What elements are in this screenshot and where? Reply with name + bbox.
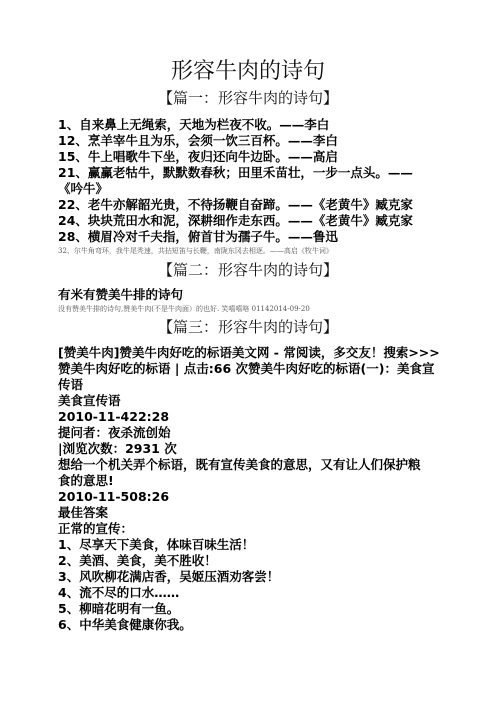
poem-line: 1、自来鼻上无绳索，天地为栏夜不收。——李白 [58, 117, 458, 133]
poem-line: 22、老牛亦解韶光贵，不待扬鞭自奋蹄。——《老黄牛》臧克家 [58, 197, 458, 213]
best-answer-label: 最佳答案 [58, 505, 458, 521]
document-title: 形容牛肉的诗句 [0, 58, 496, 86]
poem-line: 21、赢赢老牯牛，默默数春秋；田里禾苗壮，一步一点头。—— [58, 165, 458, 181]
article-line: 美食宣传语 [58, 393, 458, 409]
slogan-item: 4、流不尽的口水…… [58, 585, 458, 601]
section-2-header: 【篇二：形容牛肉的诗句】 [0, 261, 496, 279]
section-2-body: 有米有赞美牛排的诗句 没有赞美牛排的诗句,赞美牛肉(不是牛肉面）的也好. 笑嘻嘻… [58, 287, 458, 316]
view-count: |浏览次数：2931 次 [58, 441, 458, 457]
section-1-body: 1、自来鼻上无绳索，天地为栏夜不收。——李白 12、烹羊宰牛且为乐，会须一饮三百… [58, 117, 458, 258]
article-line: 传语 [58, 377, 458, 393]
question-title: 有米有赞美牛排的诗句 [58, 287, 458, 303]
slogan-item: 1、尽享天下美食，体味百味生活！ [58, 537, 458, 553]
poem-line: 15、牛上唱歌牛下坐，夜归还向牛边卧。——高启 [58, 149, 458, 165]
slogan-item: 6、中华美食健康你我。 [58, 617, 458, 633]
question-detail: 没有赞美牛排的诗句,赞美牛肉(不是牛肉面）的也好. 笑嘻嘻咯 01142014-… [58, 303, 458, 316]
slogan-item: 2、美酒、美食，美不胜收！ [58, 553, 458, 569]
slogan-item: 5、柳暗花明有一鱼。 [58, 601, 458, 617]
poem-line: 12、烹羊宰牛且为乐，会须一饮三百杯。——李白 [58, 133, 458, 149]
article-line: [赞美牛肉]赞美牛肉好吃的标语美文网 - 常阅读，多交友！搜索>>> [58, 345, 458, 361]
asker: 提问者：夜杀流创始 [58, 425, 458, 441]
section-3-header: 【篇三：形容牛肉的诗句】 [0, 318, 496, 336]
poem-line: 28、横眉冷对千夫指，俯首甘为孺子牛。——鲁迅 [58, 229, 458, 245]
article-line: 想给一个机关弄个标语，既有宣传美食的意思，又有让人们保护粮 [58, 457, 458, 473]
article-line: 赞美牛肉好吃的标语 | 点击:66 次赞美牛肉好吃的标语(一)：美食宣 [58, 361, 458, 377]
article-line: 食的意思! [58, 473, 458, 489]
section-1-header: 【篇一：形容牛肉的诗句】 [0, 89, 496, 107]
document-page: 形容牛肉的诗句 【篇一：形容牛肉的诗句】 1、自来鼻上无绳索，天地为栏夜不收。—… [0, 0, 496, 702]
poem-line: 24、块块荒田水和泥，深耕细作走东西。——《老黄牛》臧克家 [58, 213, 458, 229]
poem-line: 《吟牛》 [58, 181, 458, 197]
timestamp: 2010-11-508:26 [58, 489, 458, 505]
article-line: 正常的宣传： [58, 521, 458, 537]
slogan-item: 3、风吹柳花满店香，吴姬压酒劝客尝！ [58, 569, 458, 585]
section-3-body: [赞美牛肉]赞美牛肉好吃的标语美文网 - 常阅读，多交友！搜索>>> 赞美牛肉好… [58, 345, 458, 633]
timestamp: 2010-11-422:28 [58, 409, 458, 425]
poem-line-small: 32、尔牛角弯环，我牛尾秃速，共拈短笛与长鞭，南陇东冈去相逐。——高启《牧牛词》 [58, 245, 458, 258]
